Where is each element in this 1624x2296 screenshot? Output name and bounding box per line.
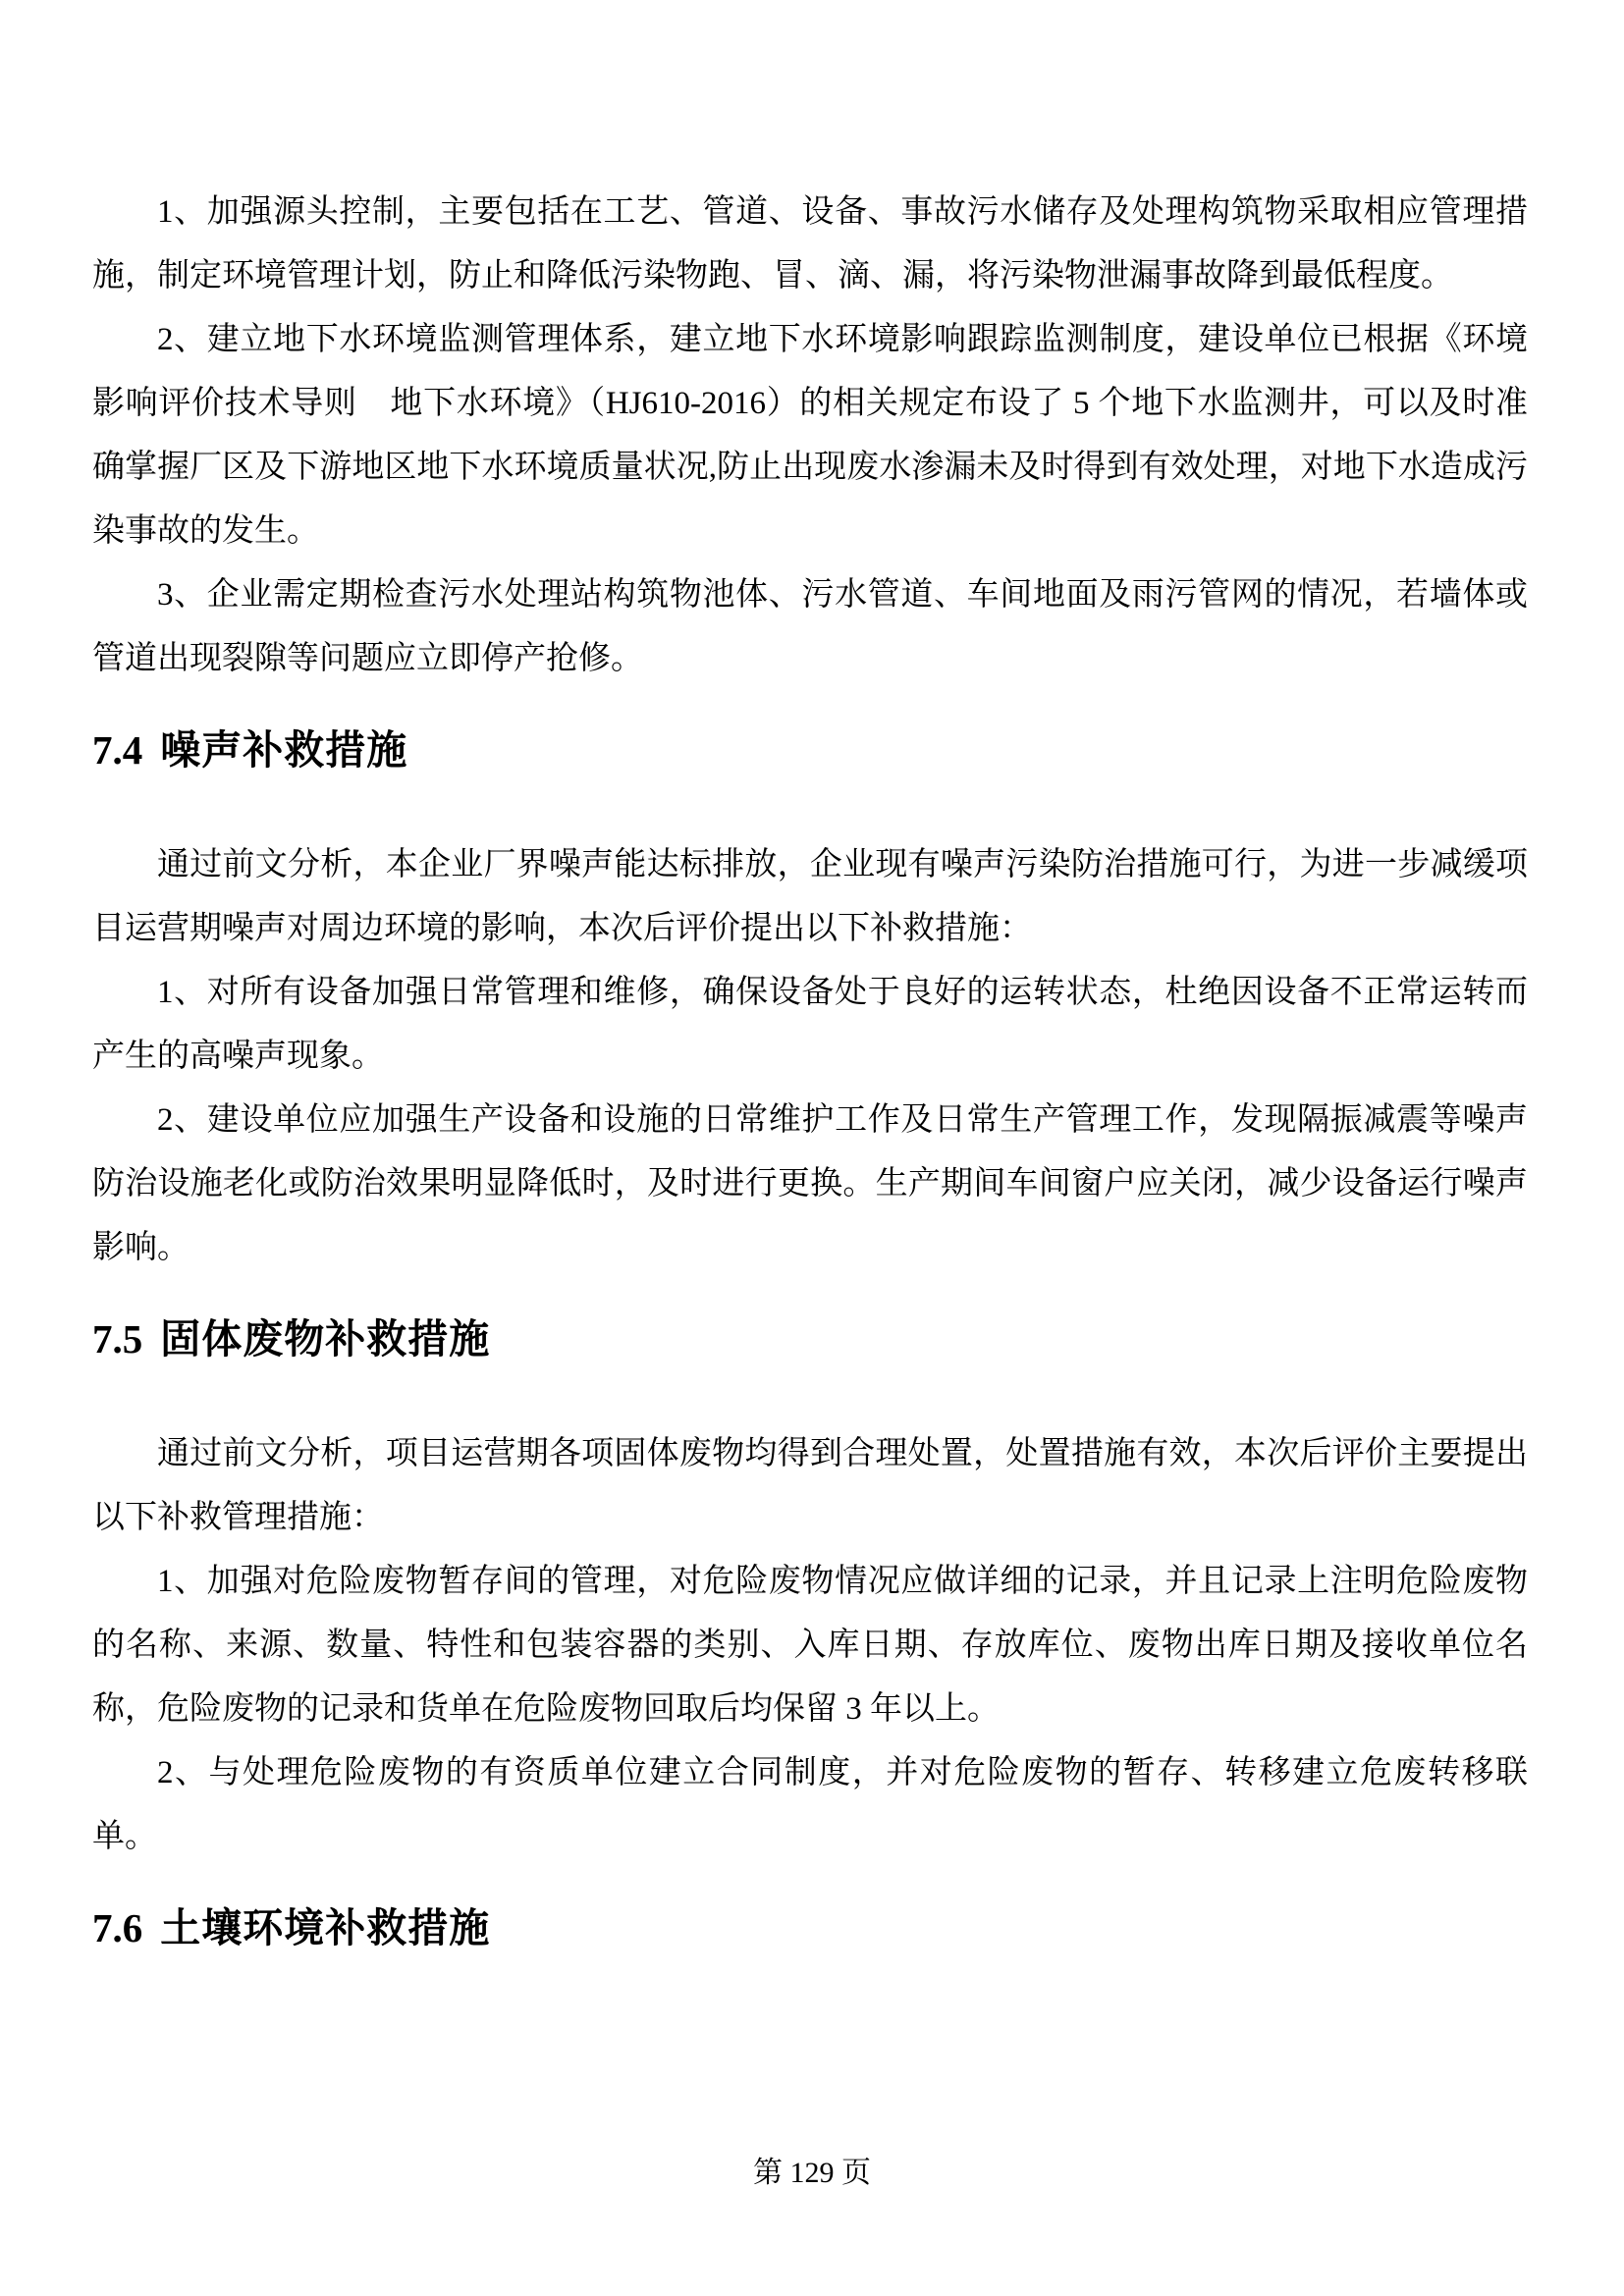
paragraph-groundwater-monitoring: 2、建立地下水环境监测管理体系，建立地下水环境影响跟踪监测制度，建设单位已根据《…	[92, 308, 1528, 563]
heading-title: 噪声补救措施	[160, 727, 407, 773]
page-number-footer: 第 129 页	[0, 2156, 1624, 2191]
heading-number: 7.4	[92, 727, 142, 773]
paragraph-solid-waste-item-1: 1、加强对危险废物暂存间的管理，对危险废物情况应做详细的记录，并且记录上注明危险…	[92, 1550, 1528, 1741]
document-content: 1、加强源头控制，主要包括在工艺、管道、设备、事故污水储存及处理构筑物采取相应管…	[0, 0, 1624, 1952]
paragraph-wastewater-inspection: 3、企业需定期检查污水处理站构筑物池体、污水管道、车间地面及雨污管网的情况，若墙…	[92, 563, 1528, 691]
document-page: 1、加强源头控制，主要包括在工艺、管道、设备、事故污水储存及处理构筑物采取相应管…	[0, 0, 1624, 2296]
heading-number: 7.6	[92, 1905, 142, 1950]
paragraph-noise-intro: 通过前文分析，本企业厂界噪声能达标排放，企业现有噪声污染防治措施可行，为进一步减…	[92, 833, 1528, 961]
paragraph-solid-waste-item-2: 2、与处理危险废物的有资质单位建立合同制度，并对危险废物的暂存、转移建立危废转移…	[92, 1741, 1528, 1869]
heading-number: 7.5	[92, 1316, 142, 1362]
heading-title: 固体废物补救措施	[160, 1316, 490, 1362]
heading-soil-remedy: 7.6土壤环境补救措施	[92, 1903, 1528, 1952]
paragraph-solid-waste-intro: 通过前文分析，项目运营期各项固体废物均得到合理处置，处置措施有效，本次后评价主要…	[92, 1422, 1528, 1550]
heading-noise-remedy: 7.4噪声补救措施	[92, 725, 1528, 774]
heading-title: 土壤环境补救措施	[160, 1905, 490, 1950]
paragraph-noise-item-2: 2、建设单位应加强生产设备和设施的日常维护工作及日常生产管理工作，发现隔振减震等…	[92, 1089, 1528, 1280]
heading-solid-waste-remedy: 7.5固体废物补救措施	[92, 1314, 1528, 1363]
paragraph-source-control: 1、加强源头控制，主要包括在工艺、管道、设备、事故污水储存及处理构筑物采取相应管…	[92, 181, 1528, 308]
paragraph-noise-item-1: 1、对所有设备加强日常管理和维修，确保设备处于良好的运转状态，杜绝因设备不正常运…	[92, 961, 1528, 1089]
